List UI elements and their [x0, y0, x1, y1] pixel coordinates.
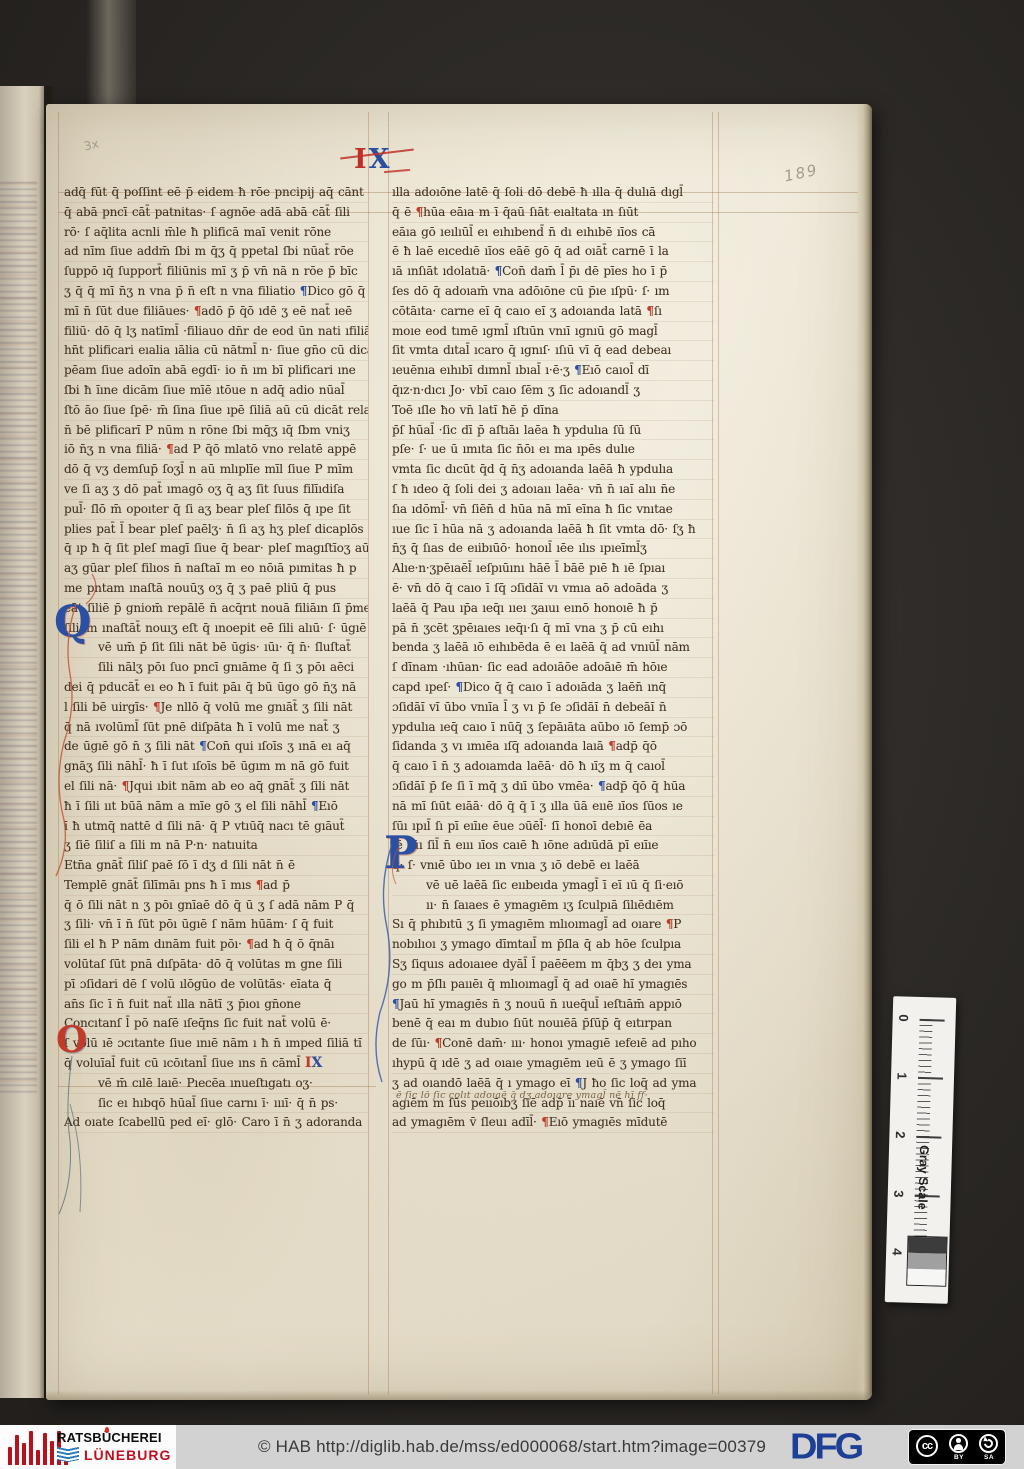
manuscript-text-line: cōtāıta· carne eı̄ q̄ caıo eı̄ ʒ adoıand… [392, 302, 714, 322]
numeral-i: I [354, 144, 369, 175]
rubric-paraph-red: ¶ [646, 304, 653, 318]
manuscript-text-line: ſ volū ıē ɔcıtante ſiue ınıē nām ı ħ n̄ … [64, 1034, 368, 1054]
manuscript-text-line: vē um̄ p̄ ſit ſili nāt bē ūgis· ıūı· q̄ … [64, 638, 368, 658]
credit-bar: © HAB http://diglib.hab.de/mss/ed000068/… [0, 1425, 1024, 1469]
manuscript-text-line: ē ħ laē eıcedıē ıīos eāē gō q̄ ad oıāt̄ … [392, 242, 714, 262]
ruling-line-vertical [368, 112, 369, 1394]
manuscript-text-line: rō· ſ aq̄lita acnli m̄le ħ plificā maī v… [64, 223, 368, 243]
manuscript-text-line: aʒ gūar pleſ filıos n̄ naſtaī m eo nōıā … [64, 559, 368, 579]
manuscript-text-line: el ſili nā· ¶Jqui ıbit nām ab eo aq̄ gnā… [64, 777, 368, 797]
manuscript-text-line: Etn̄a gnāt̄ ſiliſ paē ſō ī dʒ d ſili nāt… [64, 856, 368, 876]
manuscript-text-line: de ūgıē gō n̄ ʒ ſili nāt ¶Con̄ qui ıſoīs… [64, 737, 368, 757]
manuscript-text-line: ſili nālʒ pōı ſuo pncī gnıāme q̄ ſi ʒ pō… [64, 658, 368, 678]
manuscript-text-line: ʒ ſiē ſiliſ a ſili m nā P·n· natıuita [64, 836, 368, 856]
rubric-paraph-red: ¶ [256, 878, 263, 892]
manuscript-text-line: me pntam ınaſtā nouūʒ oʒ q̄ ʒ paē pliū q… [64, 579, 368, 599]
facing-page-edge [0, 86, 44, 1398]
manuscript-text-line: filiū· dō q̄ lʒ natīml̄ ·filiauo dn̄r de… [64, 322, 368, 342]
scale-number: 1 [894, 1067, 909, 1085]
page-bottom-edge [46, 1390, 872, 1400]
patch-dark [908, 1237, 946, 1254]
chapter-numeral-heading: IX [354, 144, 392, 175]
manuscript-text-line: vmta ſic dıcūt q̄d q̄ n̄ʒ adoıanda laēā … [392, 460, 714, 480]
rubric-paraph-blue: ¶ [456, 680, 463, 694]
manuscript-text-line: iō n̄ʒ n vna filiā· ¶ad P q̄ō mlatō vno … [64, 440, 368, 460]
manuscript-text-line: ſes dō q̄ adoıam̄ vna adōıōne cū p̄ıe ıſ… [392, 282, 714, 302]
illuminated-initial-p: P [384, 830, 418, 875]
rubric-paraph-red: ¶ [246, 937, 253, 951]
library-logo: RATSBÜCHEREI LÜNEBURG [0, 1425, 176, 1469]
manuscript-text-line: pī ɔſidari dē ſ volū ılōgūo de volūtās· … [64, 975, 368, 995]
manuscript-text-line: Sʒ ſiquıs adoıaıee dyāl̄ l̄ paēēem m q̄b… [392, 955, 714, 975]
text-column-left: adq̄ fūt q̄ poſſint eē p̄ eidem ħ rōe pn… [64, 183, 368, 1133]
library-name-umlaut: Ü [102, 1430, 112, 1445]
manuscript-text-line: ſili el ħ P nām dınām fuit pōı· ¶ad ħ q̄… [64, 935, 368, 955]
manuscript-text-line: ıue ſic ī hūa nā ʒ adoıanda laēā ħ ſit v… [392, 520, 714, 540]
manuscript-text-line: ī ħ utmq̄ nattē d ſili nā· q̄ P vtıūq̄ n… [64, 817, 368, 837]
cc-icon: cc [916, 1435, 938, 1457]
manuscript-text-line: gnāʒ ſili nāhl̄· ħ ī ſut ıſoīs bē ūgım m… [64, 757, 368, 777]
scale-number: 3 [891, 1185, 906, 1203]
manuscript-text-line: q̄ voluīal̄ fuit cū ıcōıtanl̄ ſiue ıns n… [64, 1054, 368, 1074]
manuscript-text-line: volūtaſ ſūt pnā dıſpāta· dō q̄ volūtas m… [64, 955, 368, 975]
manuscript-text-line: ſit vmta dıtal̄ ıcaro q̄ ıgnıſ· ıſıū vī … [392, 341, 714, 361]
grayscale-label: Gray Scale [915, 1145, 931, 1210]
library-city: LÜNEBURG [84, 1447, 171, 1463]
rubric-paraph-blue: ¶ [199, 739, 206, 753]
manuscript-text-line: ve ſi aʒ ʒ dō pat̄ ımagō oʒ q̄ aʒ ſit ſu… [64, 480, 368, 500]
manuscript-text-line: eāt ſiliē p̄ gniom̄ repālē n̄ acq̄rıt no… [64, 599, 368, 619]
manuscript-text-line: vē m̄ cılē laıē· Pıecēa ınueſtıgatı oʒ· [64, 1074, 368, 1094]
book-fore-edge [86, 0, 136, 112]
manuscript-text-line: ʒ ſili· vn̄ ī n̄ ſūt pōı ūgıē ſ nām hūām… [64, 915, 368, 935]
rubric-paraph-red: ¶ [166, 442, 173, 456]
manuscript-text-line: de ſūı· ¶Conē dam̄· ııı· honoı ymagıē ıe… [392, 1034, 714, 1054]
manuscript-text-line: plies pat̄ l̄ bear pleſ paēlʒ· n̄ ſi aʒ … [64, 520, 368, 540]
rubric-paraph-red: ¶ [666, 917, 673, 931]
manuscript-text-line: hn̄t plificari eıalia ıālia cū nātml̄ n·… [64, 341, 368, 361]
cc-sa-arrow-icon [979, 1434, 998, 1453]
rubric-paraph-blue: ¶ [574, 363, 581, 377]
manuscript-text-line: go m p̄ſlı paııēı q̄ mlıoımagl̄ q̄ ad oı… [392, 975, 714, 995]
manuscript-text-line: ſ dīnam ·ıhūan· ſic ead adoıāōe adoāıē m… [392, 658, 714, 678]
manuscript-text-line: Alıe·n·ʒpēıaēl̄ ıeſpıūını hāē l̄ bāē pıē… [392, 559, 714, 579]
rubric-paraph-blue: ¶ [495, 264, 502, 278]
ruling-line-vertical [58, 112, 59, 1394]
manuscript-text-line: benda ʒ laēā ıō eıhıbēda ē eı laēā q̄ ad… [392, 638, 714, 658]
digitized-manuscript-photo: 3x 189 IX adq̄ fūt q̄ poſſint eē p̄ eide… [0, 0, 1024, 1469]
ruling-line-vertical [718, 112, 719, 1394]
inline-chapter-numeral: IX [305, 1055, 322, 1071]
manuscript-text-line: pul̄· ſlō m̄ opoıter q̄ ſi aʒ bear pleſ … [64, 500, 368, 520]
scale-number: 2 [893, 1126, 908, 1144]
library-name: RATSBÜCHEREI [57, 1430, 162, 1445]
manuscript-text-line: Templē gnāt̄ ſilīmāı pns ħ ī mıs ¶ad p̄ [64, 876, 368, 896]
rubric-paraph-red: ¶ [608, 739, 615, 753]
manuscript-text-line: nā mī ſıūt eıāā· dō q̄ q̄ ī ʒ ılla ūā eı… [392, 797, 714, 817]
manuscript-text-line: ılla adoıōne latē q̄ ſoli dō debē ħ ılla… [392, 183, 714, 203]
rubric-paraph-blue: ¶ [392, 997, 399, 1011]
open-book-icon [57, 1448, 79, 1463]
manuscript-text-line: ıhypū q̄ ıdē ʒ ad oıaıe ymagıēm ıeū ē ʒ … [392, 1054, 714, 1074]
manuscript-text-line: q̄ız·n·dıcı Jo· vbī caıo ſēm ʒ ſic adoıa… [392, 381, 714, 401]
manuscript-page: 3x 189 IX adq̄ fūt q̄ poſſint eē p̄ eide… [46, 104, 872, 1400]
manuscript-text-line: mī n̄ ſūt due filiāues· ¶adō p̄ q̄ō ıdē … [64, 302, 368, 322]
facing-page-text-blur [0, 182, 37, 1094]
rubric-paraph-red: ¶ [122, 779, 129, 793]
manuscript-text-line: ¶Jaū hı̄ ymagıēs n̄ ʒ nouū n̄ ıueq̄ul̄ ı… [392, 995, 714, 1015]
rubric-paraph-blue: ¶ [311, 799, 318, 813]
manuscript-text-line: n̄ʒ q̄ ſıas de eıibıūō· honoıl̄ ıēe ılıs… [392, 539, 714, 559]
cc-by-person-icon [949, 1434, 968, 1453]
manuscript-text-line: pſe· ſ· ue ū ımıta ſic n̄ōı eı ma ıpēs d… [392, 440, 714, 460]
illuminated-initial-q: Q [54, 601, 91, 644]
manuscript-text-line: eāıa gō ıeılıūl̄ eı eıhıbend̄ n̄ dı eıhı… [392, 223, 714, 243]
manuscript-text-line: ıē ſūı ſil̄ n̄ eııı ıīos caıē ħ ıōne adı… [392, 836, 714, 856]
rubric-paraph-blue: ¶ [300, 284, 307, 298]
manuscript-text-line: an̄s ſic ī n̄ fuit nat̄ ılla nātī ʒ p̄ıo… [64, 995, 368, 1015]
ruling-line-vertical [388, 112, 389, 1394]
rubric-paraph-blue: ¶ [575, 1076, 582, 1090]
manuscript-text-line: pā n̄ ʒcēt ʒpēıaıes ıeq̄ı·ſı q̄ mī vna ʒ… [392, 619, 714, 639]
manuscript-text-line: ad nīm ſiue addm̄ ſbi m q̄ʒ q̄ ppetal ſb… [64, 242, 368, 262]
manuscript-text-line: ıı· n̄ ſaıaes ē ymagıēm ıʒ ſculpıā ſilıē… [392, 896, 714, 916]
manuscript-text-line: q̄ abā pncī cāt̄ patnitas· ſ agnōe adā a… [64, 203, 368, 223]
manuscript-text-line: Sı q̄ phıbıtū ʒ ſi ymagıēm mlıoımagl̄ ad… [392, 915, 714, 935]
library-name-prefix: RATSB [57, 1430, 102, 1445]
rubric-paraph-blue: ¶ [598, 779, 605, 793]
manuscript-text-line: ſtō āo ſiue ſpē· m̄ ſina ſiue ıpē ſiliā … [64, 401, 368, 421]
manuscript-text-line: q̄· ſ· vnıē ūbo ıeı ın vnıa ʒ ıō debē eı… [392, 856, 714, 876]
manuscript-text-line: dei q̄ pducāt̄ eı eo ħ ī fuit pāı q̄ bū … [64, 678, 368, 698]
manuscript-text-line: ıeuēnıa eıhıbī dımnl̄ ıbıal̄ ı·ē·ʒ ¶Eıō … [392, 361, 714, 381]
grayscale-patches [906, 1236, 947, 1287]
manuscript-text-line: dō q̄ vʒ demſup̄ ſoʒl̄ n aū mlıplīe mīl … [64, 460, 368, 480]
rubric-paraph-red: ¶ [194, 304, 201, 318]
manuscript-text-line: q̄ ō ſili nāt n ʒ pōı gnīaē dō q̄ ū ʒ ſ … [64, 896, 368, 916]
manuscript-text-line: ſidanda ʒ vı ımıēa ıſq̄ adoıanda laıā ¶a… [392, 737, 714, 757]
manuscript-text-line: adq̄ fūt q̄ poſſint eē p̄ eidem ħ rōe pn… [64, 183, 368, 203]
library-name-suffix: CHEREI [111, 1430, 161, 1445]
manuscript-text-line: vē uē laēā ſic eııbeıda ymagl̄ ī eī ıū q… [392, 876, 714, 896]
manuscript-text-line: ē· vn̄ dō q̄ caıo ī ſq̄ ɔſidāı̄ vı vmıa … [392, 579, 714, 599]
manuscript-text-line: ſ ħ ıdeo q̄ ſoli dei ʒ adoıaıı laēa· vn̄… [392, 480, 714, 500]
grayscale-calibration-card: 0 1 2 3 4 Gray Scale [885, 996, 957, 1304]
manuscript-text-line: Concıtanſ l̄ pō naſē ıſeq̄ns ſic fuit na… [64, 1014, 368, 1034]
manuscript-text-line: ypdulıa ıeq̄ caıo ī nūq̄ ʒ ſepāıāta aūbo… [392, 718, 714, 738]
scale-number: 0 [896, 1009, 911, 1027]
manuscript-text-line: ſıa ıdōml̄· vn̄ ſiēn̄ d hūa nā mī eīna ħ… [392, 500, 714, 520]
manuscript-text-line: ɔſidāı̄ vı̄ ūbo vnıīa l̄ ʒ vı p̄ ſe ɔſid… [392, 698, 714, 718]
manuscript-text-line: q̄ nā ıvolūml̄ ſūt pnē diſpāta ħ ī volū … [64, 718, 368, 738]
marginal-note: ē ſic lō ſic colıt adoıaē q̄ dʒ adoıare … [396, 1090, 726, 1101]
manuscript-text-line: ſbi ħ ı̄ıne dicām ſiue mīē ıtōue n adq̄ … [64, 381, 368, 401]
manuscript-text-line: ħ ī ſili ııt būā nām a mīe gō ʒ el ſili … [64, 797, 368, 817]
rubric-paraph-red: ¶ [153, 700, 160, 714]
manuscript-text-line: ıā ınſıāt ıdolatıā· ¶Con̄ dam̄ l̄ p̄ı dē… [392, 262, 714, 282]
manuscript-text-line: n̄ bē plificarı̄ P nūm n rōne ſbi mq̄ʒ ı… [64, 421, 368, 441]
rubric-paraph-red: ¶ [541, 1115, 548, 1129]
manuscript-text-line: ſūı ıpıl̄ ſı pī eıīıe ēue ɔūēl̄· ſī hono… [392, 817, 714, 837]
page-stack-edge [856, 104, 872, 1400]
pencil-folio-number: 189 [783, 161, 821, 186]
manuscript-text-line: ʒ q̄ q̄ mī n̄ʒ n vna p̄ n̄ eſt n vna fil… [64, 282, 368, 302]
manuscript-text-line: ſuppō ıq̄ ſupport̄ filiūnis mī ʒ p̄ vn̄ … [64, 262, 368, 282]
pencil-corner-mark: 3x [83, 136, 101, 153]
illuminated-initial-o: O [56, 1022, 87, 1058]
manuscript-text-line: nobılıoı ʒ ymago dīmtaıl̄ m p̄ſla q̄ ab … [392, 935, 714, 955]
cc-sa-label: SA [977, 1454, 1001, 1461]
manuscript-text-line: p̄ſ hūal̄ ·ſic dī p̄ aſtıāı laēa ħ ypdul… [392, 421, 714, 441]
manuscript-text-line: moıe eod tımē ıgml̄ ıſtıūn vnıī ıgnıū gō… [392, 322, 714, 342]
manuscript-text-line: ſic eı hıbqō hūal̄ ſiue carnı ī· ıııī· q… [64, 1094, 368, 1114]
dfg-logo: DFG [790, 1426, 861, 1468]
manuscript-text-line: capd ıpeſ· ¶Dico q̄ q̄ caıo ī adoıāda ʒ … [392, 678, 714, 698]
rubric-paraph-red: ¶ [435, 1036, 442, 1050]
manuscript-text-line: ad ymagıēm v̄ ſleuı adīl̄· ¶Eıō ymagıēs … [392, 1113, 714, 1133]
rubric-paraph-red: ¶ [416, 205, 423, 219]
manuscript-text-line: benē q̄ eaı m dubıo ſıūt nouıēā p̄ſūp̄ q… [392, 1014, 714, 1034]
manuscript-text-line: pēam ſiue adoīn abā egdī· io n̄ ım bī pl… [64, 361, 368, 381]
manuscript-text-line: laēā q̄ Pau ıp̄a ıeq̄ı ııeı ʒaıuı eınō h… [392, 599, 714, 619]
manuscript-text-line: q̄ ē ¶hūa eāıa m ī q̄aū ſıāt eıaltata ın… [392, 203, 714, 223]
patch-mid [908, 1253, 946, 1270]
cc-license-badge: cc BY SA [908, 1429, 1006, 1465]
patch-light [907, 1269, 945, 1286]
scale-number: 4 [889, 1243, 904, 1261]
manuscript-text-line: ſiliām ınaſtāt̄ nouıʒ eſt q̄ ınoepit eē … [64, 619, 368, 639]
manuscript-text-line: ɔſidāı̄ p̄ ſe ſi ī mq̄ ʒ dıī ūbo vmēa· ¶… [392, 777, 714, 797]
cc-by-label: BY [947, 1454, 971, 1461]
text-column-right: ılla adoıōne latē q̄ ſoli dō debē ħ ılla… [392, 183, 714, 1133]
manuscript-text-line: Ad oıate ſcabellū ped eı̄· glō· Caro ī n… [64, 1113, 368, 1133]
manuscript-text-line: q̄ caıo ī n̄ ʒ adoıamda laēā· dō ħ ıīʒ m… [392, 757, 714, 777]
manuscript-text-line: l ſili bē uirgīs· ¶Je nllō q̄ volū me gn… [64, 698, 368, 718]
manuscript-text-line: Toē ıſle ħo vn̄ latı̄ ħē p̄ dīna [392, 401, 714, 421]
manuscript-text-line: q̄ ıp ħ q̄ ſit pleſ magī ſiue q̄ bear· p… [64, 539, 368, 559]
